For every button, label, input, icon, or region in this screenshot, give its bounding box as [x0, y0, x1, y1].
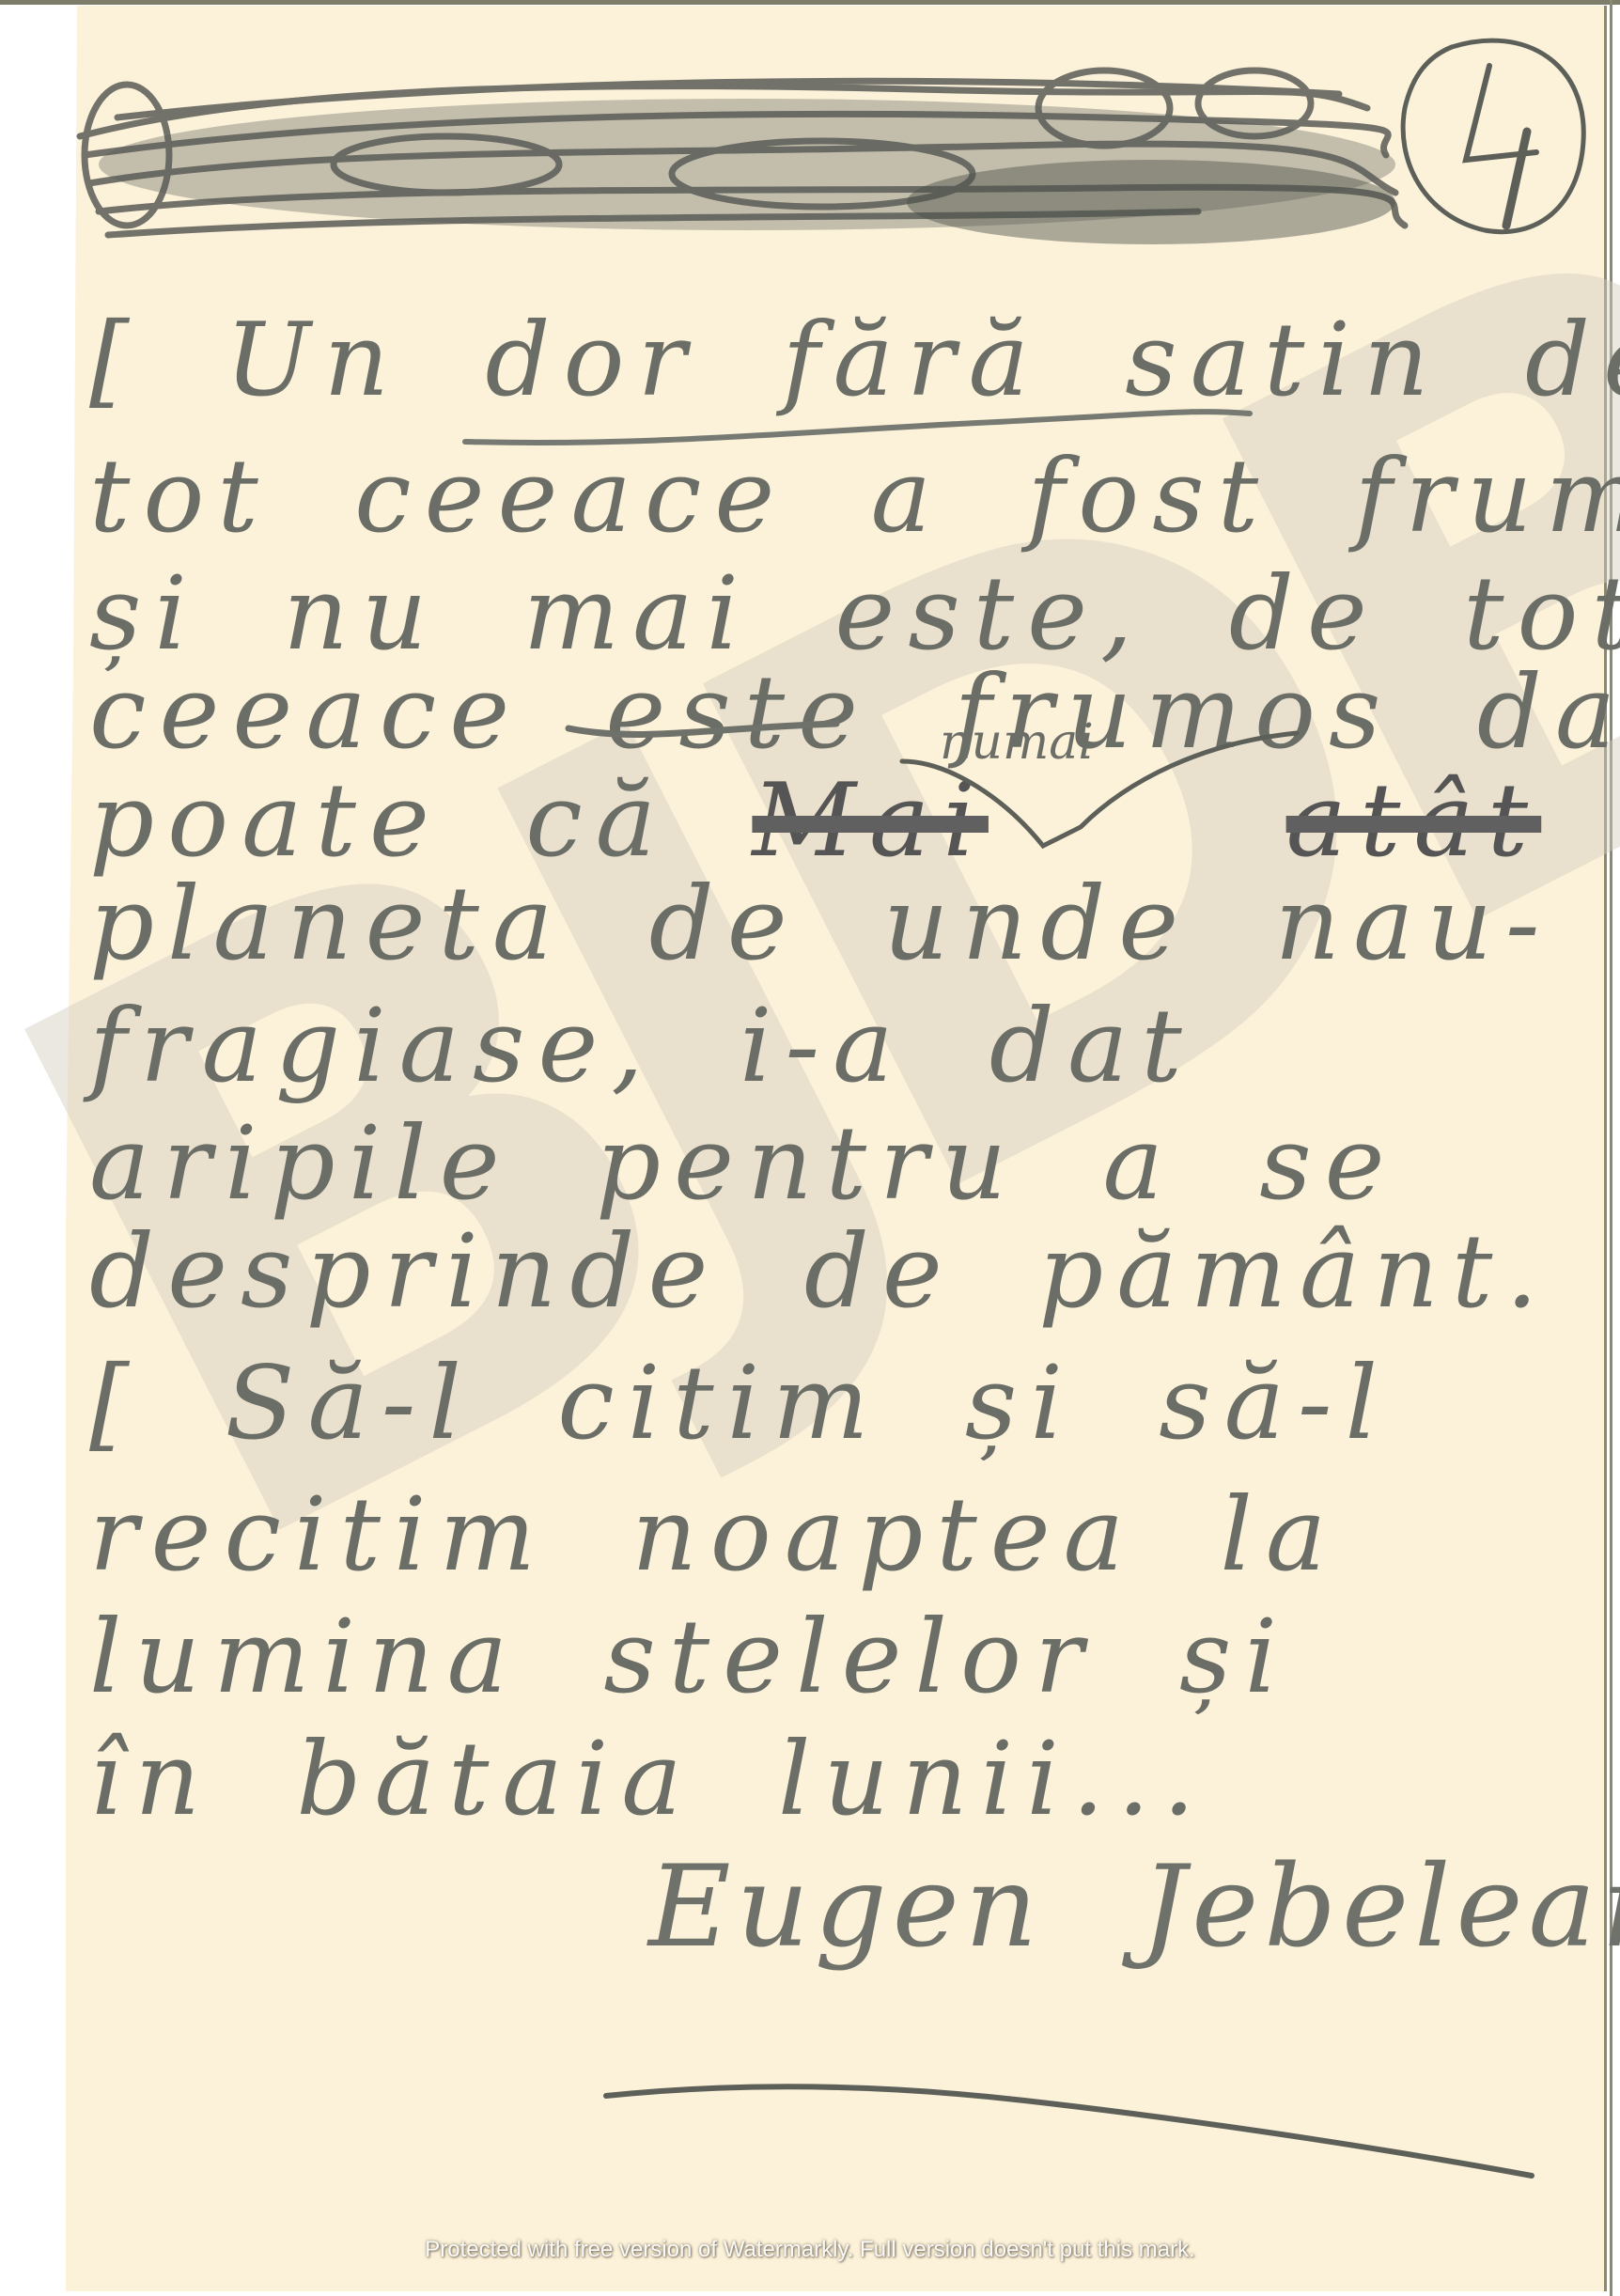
- manuscript-line-13: în bătaia lunii...: [89, 1729, 1208, 1831]
- line-text: planeta de unde nau-: [89, 866, 1553, 983]
- manuscript-line-10: [ Să-l citim și să-l: [89, 1353, 1391, 1455]
- manuscript-line-6: planeta de unde nau-: [89, 874, 1553, 976]
- manuscript-line-8: aripile pentru a se: [89, 1114, 1398, 1215]
- underline-mark: [564, 710, 846, 757]
- caret-insertion-mark: [893, 724, 1306, 855]
- manuscript-line-11: recitim noaptea la: [89, 1485, 1339, 1586]
- scribble-icon: [70, 52, 1424, 254]
- crossed-out-header: [70, 52, 1424, 254]
- manuscript-line-12: lumina stelelor și: [89, 1607, 1290, 1709]
- manuscript-line-2: tot ceeace a fost frumos: [89, 446, 1620, 548]
- struck-word: atât: [1286, 762, 1542, 880]
- line-text: tot ceeace a fost frumos: [89, 438, 1620, 555]
- manuscript-line-9: desprinde de pământ.: [89, 1222, 1551, 1323]
- manuscript-line-4: ceeace este frumos dar: [89, 663, 1620, 764]
- line-text: în bătaia lunii...: [89, 1721, 1208, 1838]
- author-signature: Eugen Jebeleanu: [648, 1842, 1620, 1973]
- manuscript-line-5: poate că Mai atât pe: [89, 771, 1620, 872]
- line-text: ceeace este frumos dar: [89, 654, 1620, 772]
- line-text: lumina stelelor și: [89, 1599, 1290, 1716]
- scan-top-edge: [0, 0, 1620, 5]
- line-text: desprinde de pământ.: [89, 1213, 1551, 1331]
- line-text: fragiase, i-a dat: [89, 988, 1195, 1105]
- manuscript-line-7: fragiase, i-a dat: [89, 996, 1195, 1098]
- line-text: poate că: [89, 762, 669, 880]
- circle-icon: [1395, 28, 1593, 240]
- line-text: [ Să-l citim și să-l: [89, 1345, 1391, 1462]
- line-text: aripile pentru a se: [89, 1105, 1398, 1223]
- manuscript-line-3: și nu mai este, de tot: [89, 564, 1620, 665]
- page-number-circled: [1395, 28, 1593, 240]
- signature-underline: [601, 2058, 1541, 2180]
- watermarkly-footer: Protected with free version of Watermark…: [0, 2237, 1620, 2263]
- line-text: recitim noaptea la: [89, 1476, 1339, 1594]
